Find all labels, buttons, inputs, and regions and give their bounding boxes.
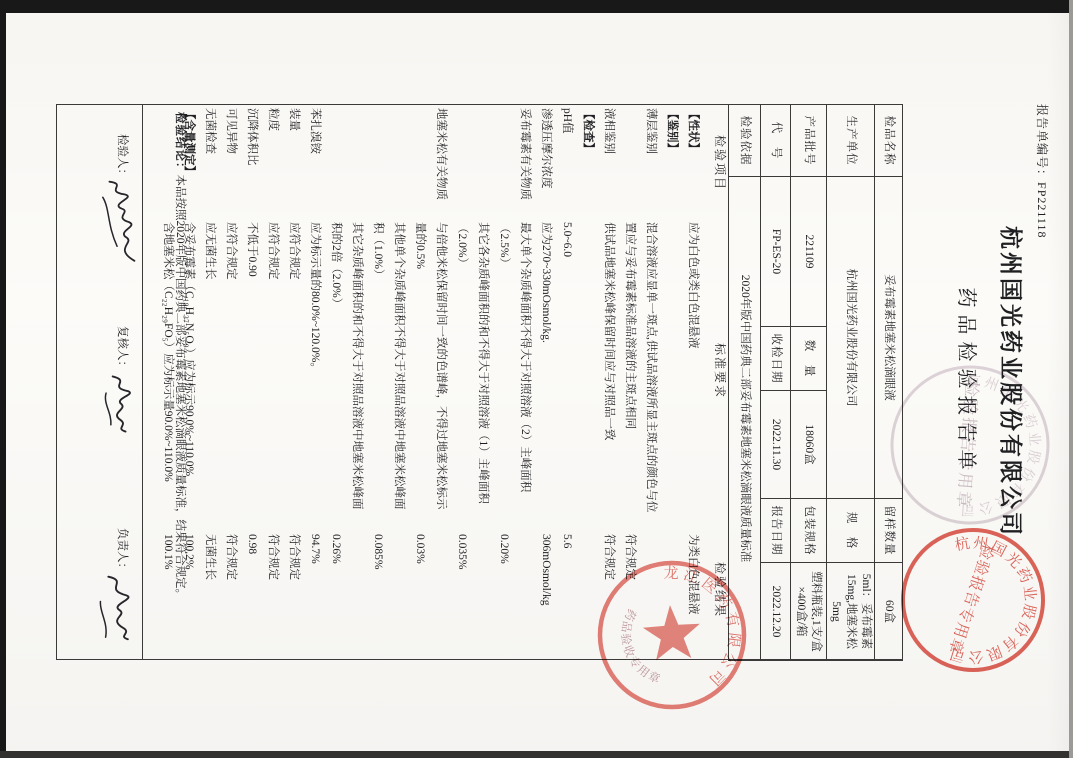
standard-text: 与倍他米松保留时间一致的色谱峰，不得过地塞米松标示量的0.5%: [409, 222, 451, 520]
test-item-row: 无菌检查 应无菌生长无菌生长: [199, 104, 220, 660]
inspector-label: 检验人：: [115, 134, 131, 180]
test-item-name: 地塞米松有关物质: [430, 104, 451, 222]
quantity-label: 数 量: [791, 327, 827, 391]
result-text: 0.98: [241, 520, 262, 660]
test-item-specs: 应无菌生长无菌生长: [199, 222, 220, 660]
result-text: 0.035%: [451, 520, 472, 660]
spec-row: 应为标示量的80.0%~120.0%。94.7%: [304, 222, 325, 660]
header-row-code: 代 号 FP-ES-20 收检日期 2022.11.30 报告日期 2022.1…: [761, 105, 791, 661]
test-item-name: 无菌检查: [199, 104, 220, 222]
spec-row: 与倍他米松保留时间一致的色谱峰，不得过地塞米松标示量的0.5%0.03%: [409, 222, 451, 660]
standard-text: 其它各杂质峰面积的和不得大于对照溶液（1）主峰面积（2.0%）: [451, 222, 493, 520]
package-spec-value: 塑料瓶装,1支/盒×400盒/箱: [791, 563, 827, 661]
standard-text: 应为270~330mOsmol/kg.: [535, 222, 556, 520]
svg-text:杭州国光药业股份有限公司: 杭州国光药业股份有限公司: [916, 355, 1061, 524]
report-number: 报告单编号：FP221118: [1034, 104, 1051, 238]
report-date-label: 报告日期: [761, 499, 791, 563]
test-item-name: 妥布霉素有关物质: [514, 104, 535, 222]
test-item-row: 渗透压摩尔浓度 应为270~330mOsmol/kg.306mOsmol/kg: [535, 104, 556, 660]
col-standard: 标准要求: [713, 222, 730, 520]
test-item-specs: 最大单个杂质峰面积不得大于对照溶液（2）主峰面积（2.5%）0.20%其它各杂质…: [451, 222, 535, 660]
report-sheet: 报告单编号：FP221118 杭州国光药业股份有限公司 药品检验报告单 检品名称…: [0, 0, 1073, 758]
spec-row: 应符合规定符合规定: [262, 222, 283, 660]
test-item-name: 【性状】: [682, 104, 703, 222]
test-item-row: 装量 应符合规定符合规定: [283, 104, 304, 660]
retained-qty-label: 留样数量: [875, 499, 903, 563]
batch-no-label: 产品批号: [791, 105, 827, 177]
inspector-signature: [93, 174, 145, 269]
spec-label: 规 格: [827, 499, 875, 563]
result-text: 无菌生长: [199, 520, 220, 660]
batch-no-value: 221109: [791, 177, 827, 327]
reviewer-label: 复核人：: [115, 326, 131, 372]
spec-row: 供试品地塞米松峰保留时间应与对照品一致符合规定: [598, 222, 619, 660]
conclusion-text: 本品按照2020年版中国药典二部妥布霉素地塞米松滴眼液质量标准，结果符合规定。: [174, 175, 186, 601]
code-label: 代 号: [761, 105, 791, 177]
standard-text: 最大单个杂质峰面积不得大于对照溶液（2）主峰面积（2.5%）: [493, 222, 535, 520]
reviewer-signature: [94, 366, 144, 440]
standard-text: 其他单个杂质峰面积不得大于对照品溶液中地塞米松峰面积（1.0%）: [367, 222, 409, 520]
spec-row: 混合溶液应显单一斑点,供试品溶液所显主斑点的颜色与位置应与妥布霉素标准品溶液的主…: [619, 222, 661, 660]
sample-name-value: 妥布霉素地塞米松滴眼液: [875, 177, 903, 499]
result-text: 306mOsmol/kg: [535, 520, 556, 660]
test-item-name: pH值: [556, 104, 577, 222]
test-item-row: 【检查】: [577, 104, 598, 660]
standard-text: 其它杂质峰面积的和不得大于对照品溶液中地塞米松峰面积的2倍（2.0%）: [325, 222, 367, 520]
test-item-specs: 应为标示量的80.0%~120.0%。94.7%: [304, 222, 325, 660]
manufacturer-label: 生产单位: [827, 105, 875, 177]
faint-seal-company: 杭州国光药业股份有限公司: [916, 355, 1061, 524]
test-item-specs: 不低于0.900.98: [241, 222, 262, 660]
header-row-manufacturer: 生产单位 杭州国光药业股份有限公司 规 格 5ml：妥布霉素15mg,地塞米松5…: [827, 105, 875, 661]
code-value: FP-ES-20: [761, 177, 791, 327]
test-item-name: 苯扎溴铵: [304, 104, 325, 222]
test-item-specs: 应符合规定符合规定: [283, 222, 304, 660]
result-text: 0.20%: [493, 520, 514, 660]
test-item-name: 【鉴别】: [661, 104, 682, 222]
scan-edge-left: [0, 0, 6, 758]
test-item-row: 地塞米松有关物质 与倍他米松保留时间一致的色谱峰，不得过地塞米松标示量的0.5%…: [325, 104, 451, 660]
spec-row: 5.0~6.05.6: [556, 222, 577, 660]
standard-text: 不低于0.90: [241, 222, 262, 520]
header-row-batch: 产品批号 221109 数 量 18060盒 包装规格 塑料瓶装,1支/盒×40…: [791, 105, 827, 661]
test-item-name: 粒度: [262, 104, 283, 222]
test-item-specs: 应为270~330mOsmol/kg.306mOsmol/kg: [535, 222, 556, 660]
test-item-row: 薄层鉴别 混合溶液应显单一斑点,供试品溶液所显主斑点的颜色与位置应与妥布霉素标准…: [619, 104, 661, 660]
scan-edge-top: [0, 0, 1073, 13]
spec-row: 应为270~330mOsmol/kg.306mOsmol/kg: [535, 222, 556, 660]
scan-edge-bottom: [0, 751, 1073, 758]
package-spec-label: 包装规格: [791, 499, 827, 563]
conclusion-label: 检验结论：: [174, 112, 186, 175]
test-items-list: 【性状】 应为白色或类白色混悬液为类白色混悬液 【鉴别】 薄层鉴别 混合溶液应显…: [157, 104, 703, 660]
test-item-specs: 与倍他米松保留时间一致的色谱峰，不得过地塞米松标示量的0.5%0.03%其他单个…: [325, 222, 451, 660]
spec-row: 其他单个杂质峰面积不得大于对照品溶液中地塞米松峰面积（1.0%）0.085%: [367, 222, 409, 660]
test-item-row: 可见异物 应符合规定符合规定: [220, 104, 241, 660]
test-item-row: pH值 5.0~6.05.6: [556, 104, 577, 660]
spec-row: 应符合规定符合规定: [283, 222, 304, 660]
test-item-row: 【鉴别】: [661, 104, 682, 660]
result-text: 符合规定: [619, 520, 640, 660]
supervisor-signature-block: 负责人：: [95, 528, 131, 644]
scanned-report-page: 报告单编号：FP221118 杭州国光药业股份有限公司 药品检验报告单 检品名称…: [0, 0, 1073, 758]
test-item-row: 粒度 应符合规定符合规定: [262, 104, 283, 660]
result-text: 0.26%: [325, 520, 346, 660]
manufacturer-value: 杭州国光药业股份有限公司: [827, 177, 875, 499]
test-item-specs: 应为白色或类白色混悬液为类白色混悬液: [682, 222, 703, 660]
spec-row: 应符合规定符合规定: [220, 222, 241, 660]
header-row-sample: 检品名称 妥布霉素地塞米松滴眼液 留样数量 60盒: [875, 105, 903, 661]
result-text: 0.085%: [367, 520, 388, 660]
result-text: 为类白色混悬液: [682, 520, 703, 660]
test-item-specs: 5.0~6.05.6: [556, 222, 577, 660]
company-name: 杭州国光药业股份有限公司: [996, 104, 1029, 660]
result-text: 0.03%: [409, 520, 430, 660]
test-item-specs: 应符合规定符合规定: [220, 222, 241, 660]
spec-row: 应为白色或类白色混悬液为类白色混悬液: [682, 222, 703, 660]
test-item-row: 苯扎溴铵 应为标示量的80.0%~120.0%。94.7%: [304, 104, 325, 660]
standard-text: 应符合规定: [283, 222, 304, 520]
spec-row: 其它各杂质峰面积的和不得大于对照溶液（1）主峰面积（2.0%）0.035%: [451, 222, 493, 660]
spec-row: 其它杂质峰面积的和不得大于对照品溶液中地塞米松峰面积的2倍（2.0%）0.26%: [325, 222, 367, 660]
test-item-name: 可见异物: [220, 104, 241, 222]
result-text: 符合规定: [262, 520, 283, 660]
supervisor-signature: [92, 568, 144, 646]
col-result: 检验结果: [713, 520, 730, 660]
result-text: 符合规定: [598, 520, 619, 660]
standard-text: 供试品地塞米松峰保留时间应与对照品一致: [598, 222, 619, 520]
test-item-name: 装量: [283, 104, 304, 222]
test-item-specs: 混合溶液应显单一斑点,供试品溶液所显主斑点的颜色与位置应与妥布霉素标准品溶液的主…: [619, 222, 661, 660]
conclusion-row: 检验结论：本品按照2020年版中国药典二部妥布霉素地塞米松滴眼液质量标准，结果符…: [170, 104, 189, 660]
test-item-row: 沉降体积比 不低于0.900.98: [241, 104, 262, 660]
test-item-row: 液相鉴别 供试品地塞米松峰保留时间应与对照品一致符合规定: [598, 104, 619, 660]
inspector-signature-block: 检验人：: [97, 134, 131, 268]
test-item-row: 妥布霉素有关物质 最大单个杂质峰面积不得大于对照溶液（2）主峰面积（2.5%）0…: [451, 104, 535, 660]
header-table: 检品名称 妥布霉素地塞米松滴眼液 留样数量 60盒 生产单位 杭州国光药业股份有…: [728, 104, 903, 661]
test-item-name: 液相鉴别: [598, 104, 619, 222]
spec-value: 5ml：妥布霉素15mg,地塞米松5mg: [827, 563, 875, 661]
received-date-value: 2022.11.30: [761, 391, 791, 499]
test-item-row: 【性状】 应为白色或类白色混悬液为类白色混悬液: [682, 104, 703, 660]
scan-edge-right: [1069, 0, 1073, 758]
reviewer-signature-block: 复核人：: [97, 326, 131, 438]
test-item-name: 渗透压摩尔浓度: [535, 104, 556, 222]
standard-text: 应符合规定: [262, 222, 283, 520]
sample-name-label: 检品名称: [875, 105, 903, 177]
test-item-specs: 应符合规定符合规定: [262, 222, 283, 660]
received-date-label: 收检日期: [761, 327, 791, 391]
test-table-header: 检验项目 标准要求 检验结果: [705, 104, 737, 660]
spec-row: 不低于0.900.98: [241, 222, 262, 660]
signature-divider: [142, 104, 143, 660]
standard-text: 应为标示量的80.0%~120.0%。: [304, 222, 325, 520]
result-text: 符合规定: [220, 520, 241, 660]
standard-text: 应符合规定: [220, 222, 241, 520]
standard-text: 5.0~6.0: [556, 222, 577, 520]
test-item-name: 【检查】: [577, 104, 598, 222]
report-number-value: FP221118: [1035, 182, 1049, 238]
standard-text: 应为白色或类白色混悬液: [682, 222, 703, 520]
test-item-name: 薄层鉴别: [640, 104, 661, 222]
result-text: 94.7%: [304, 520, 325, 660]
spec-row: 应无菌生长无菌生长: [199, 222, 220, 660]
col-test-item: 检验项目: [713, 104, 730, 222]
retained-qty-value: 60盒: [875, 563, 903, 661]
standard-text: 混合溶液应显单一斑点,供试品溶液所显主斑点的颜色与位置应与妥布霉素标准品溶液的主…: [619, 222, 661, 520]
report-date-value: 2022.12.20: [761, 563, 791, 661]
report-title: 药品检验报告单: [954, 104, 983, 660]
result-text: 符合规定: [283, 520, 304, 660]
supervisor-label: 负责人：: [115, 528, 131, 574]
test-item-name: 沉降体积比: [241, 104, 262, 222]
result-text: 5.6: [556, 520, 577, 660]
quantity-value: 18060盒: [791, 391, 827, 499]
signature-row: 检验人： 复核人： 负责人：: [57, 104, 137, 660]
report-number-label: 报告单编号：: [1035, 104, 1049, 182]
test-item-specs: 供试品地塞米松峰保留时间应与对照品一致符合规定: [598, 222, 619, 660]
standard-text: 应无菌生长: [199, 222, 220, 520]
spec-row: 最大单个杂质峰面积不得大于对照溶液（2）主峰面积（2.5%）0.20%: [493, 222, 535, 660]
